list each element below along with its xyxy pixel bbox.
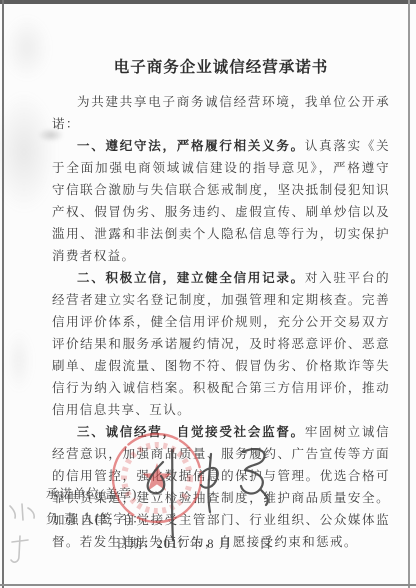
paragraph-1: 一、遵纪守法，严格履行相关义务。认真落实《关于全面加强电商领域诚信建设的指导意见… (52, 135, 390, 267)
paragraph-2: 二、积极立信，建立健全信用记录。对入驻平台的经营者建立实名登记制度，加强管理和定… (52, 267, 390, 421)
paragraph-text: 为共建共享电子商务诚信经营环境，我单位公开承诺： (52, 95, 390, 131)
scan-smudge (6, 330, 32, 392)
scan-smudge (0, 92, 56, 212)
document-body: 电子商务企业诚信经营承诺书 为共建共享电子商务诚信经营环境，我单位公开承诺： 一… (52, 58, 390, 553)
paragraph-2-lead: 二、积极立信，建立健全信用记录。 (77, 271, 305, 285)
scan-edge-top (0, 0, 416, 4)
scanned-document-page: 电子商务企业诚信经营承诺书 为共建共享电子商务诚信经营环境，我单位公开承诺： 一… (0, 0, 416, 588)
paragraph-intro: 为共建共享电子商务诚信经营环境，我单位公开承诺： (52, 91, 390, 135)
paragraph-3-lead: 三、诚信经营，自觉接受社会监督。 (77, 425, 305, 439)
unit-seal-label: 承诺单位(盖章)： (46, 482, 273, 507)
document-title: 电子商务企业诚信经营承诺书 (52, 58, 390, 78)
scan-smudge (4, 16, 50, 80)
date-line: 日期：2017 年 8 月 日 (116, 532, 273, 557)
responsible-person-label: 负 责 人(签字)： (46, 507, 273, 532)
signature-block: 承诺单位(盖章)： 负 责 人(签字)： 日期：2017 年 8 月 日 (46, 482, 273, 557)
paragraph-1-text: 认真落实《关于全面加强电商领域诚信建设的指导意见》，严格遵守守信联合激励与失信联… (52, 139, 390, 263)
scan-edge-left (2, 0, 4, 588)
paragraph-2-text: 对入驻平台的经营者建立实名登记制度，加强管理和定期核查。完善信用评价体系，健全信… (52, 271, 390, 417)
scan-edge-bottom (0, 584, 416, 586)
scan-edge-right (408, 0, 410, 588)
pencil-margin-marks (2, 496, 46, 574)
paragraph-1-lead: 一、遵纪守法，严格履行相关义务。 (77, 139, 305, 153)
